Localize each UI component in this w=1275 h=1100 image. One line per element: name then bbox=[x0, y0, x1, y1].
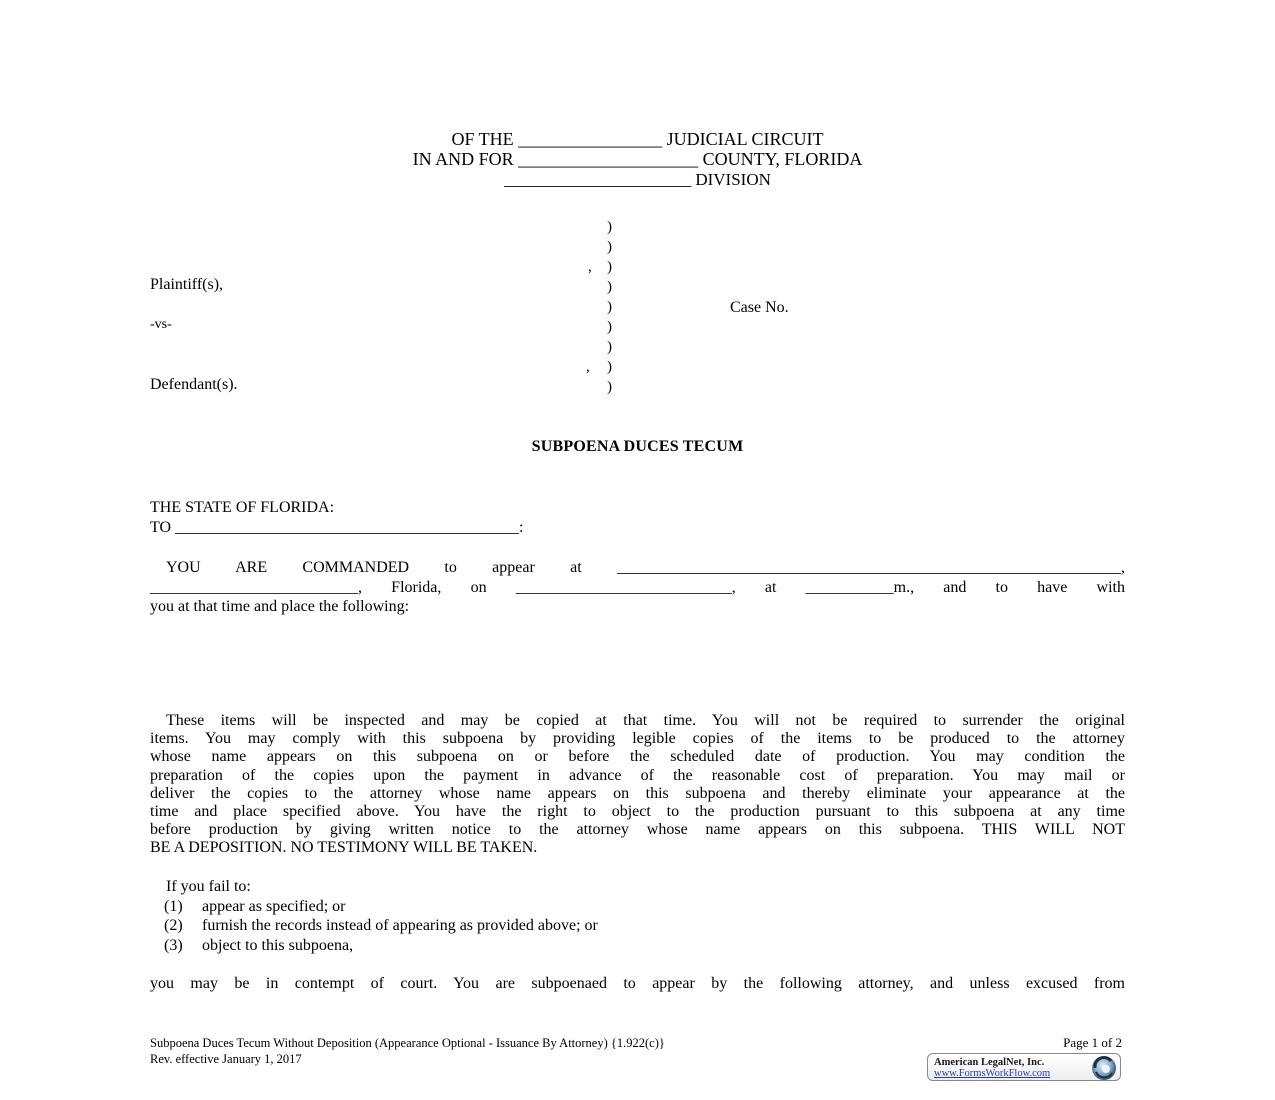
caption-paren: ) bbox=[607, 319, 612, 336]
page-indicator: Page 1 of 2 bbox=[1063, 1035, 1122, 1051]
contempt-line: you may be in contempt of court. You are… bbox=[150, 975, 1125, 993]
caption-paren: ) bbox=[607, 279, 612, 296]
case-number-label: Case No. bbox=[730, 298, 789, 317]
command-line-3: you at that time and place the following… bbox=[150, 597, 1125, 617]
command-line-1: YOU ARE COMMANDED to appear at _________… bbox=[150, 558, 1125, 578]
publisher-badge[interactable]: American LegalNet, Inc. www.FormsWorkFlo… bbox=[927, 1053, 1121, 1081]
court-circuit-line: OF THE ________________ JUDICIAL CIRCUIT bbox=[0, 129, 1275, 149]
plaintiff-label: Plaintiff(s), bbox=[150, 275, 223, 294]
caption-paren: ) bbox=[607, 219, 612, 236]
contempt-paragraph: you may be in contempt of court. You are… bbox=[150, 975, 1125, 993]
defendant-name-comma: , bbox=[586, 359, 590, 376]
notice-line: BE A DEPOSITION. NO TESTIMONY WILL BE TA… bbox=[150, 839, 1125, 857]
plaintiff-name-comma: , bbox=[588, 259, 592, 276]
notice-line: items. You may comply with this subpoena… bbox=[150, 730, 1125, 748]
notice-line: before production by giving written noti… bbox=[150, 821, 1125, 839]
state-of-florida-line: THE STATE OF FLORIDA: bbox=[150, 498, 334, 517]
revision-date-footer: Rev. effective January 1, 2017 bbox=[150, 1051, 302, 1067]
document-title: SUBPOENA DUCES TECUM bbox=[0, 438, 1275, 456]
court-county-line: IN AND FOR ____________________ COUNTY, … bbox=[0, 149, 1275, 169]
globe-logo-icon bbox=[1091, 1055, 1117, 1081]
failure-list-item: (1)appear as specified; or bbox=[164, 897, 345, 916]
court-division-line: ______________________ DIVISION bbox=[0, 170, 1275, 190]
caption-paren: ) bbox=[607, 239, 612, 256]
notice-line: These items will be inspected and may be… bbox=[150, 712, 1125, 730]
failure-list-item: (2)furnish the records instead of appear… bbox=[164, 916, 598, 935]
notice-line: time and place specified above. You have… bbox=[150, 803, 1125, 821]
command-line-2: __________________________, Florida, on … bbox=[150, 578, 1125, 598]
notice-line: whose name appears on this subpoena on o… bbox=[150, 748, 1125, 766]
command-paragraph: YOU ARE COMMANDED to appear at _________… bbox=[150, 558, 1125, 617]
publisher-name: American LegalNet, Inc. bbox=[934, 1057, 1044, 1068]
caption-paren: ) bbox=[607, 259, 612, 276]
notice-line: preparation of the copies upon the payme… bbox=[150, 767, 1125, 785]
failure-list-item: (3)object to this subpoena, bbox=[164, 936, 353, 955]
appearance-location-blank: ________________________________________… bbox=[617, 559, 1125, 576]
notice-paragraph: These items will be inspected and may be… bbox=[150, 712, 1125, 858]
notice-line: deliver the copies to the attorney whose… bbox=[150, 785, 1125, 803]
caption-paren: ) bbox=[607, 359, 612, 376]
caption-paren: ) bbox=[607, 379, 612, 396]
to-recipient-line: TO _____________________________________… bbox=[150, 518, 523, 537]
caption-paren: ) bbox=[607, 299, 612, 316]
form-title-footer: Subpoena Duces Tecum Without Deposition … bbox=[150, 1035, 665, 1051]
publisher-link[interactable]: www.FormsWorkFlow.com bbox=[934, 1068, 1050, 1079]
versus-label: -vs- bbox=[150, 315, 172, 334]
failure-intro: If you fail to: bbox=[166, 877, 251, 896]
caption-paren: ) bbox=[607, 339, 612, 356]
defendant-label: Defendant(s). bbox=[150, 375, 238, 394]
